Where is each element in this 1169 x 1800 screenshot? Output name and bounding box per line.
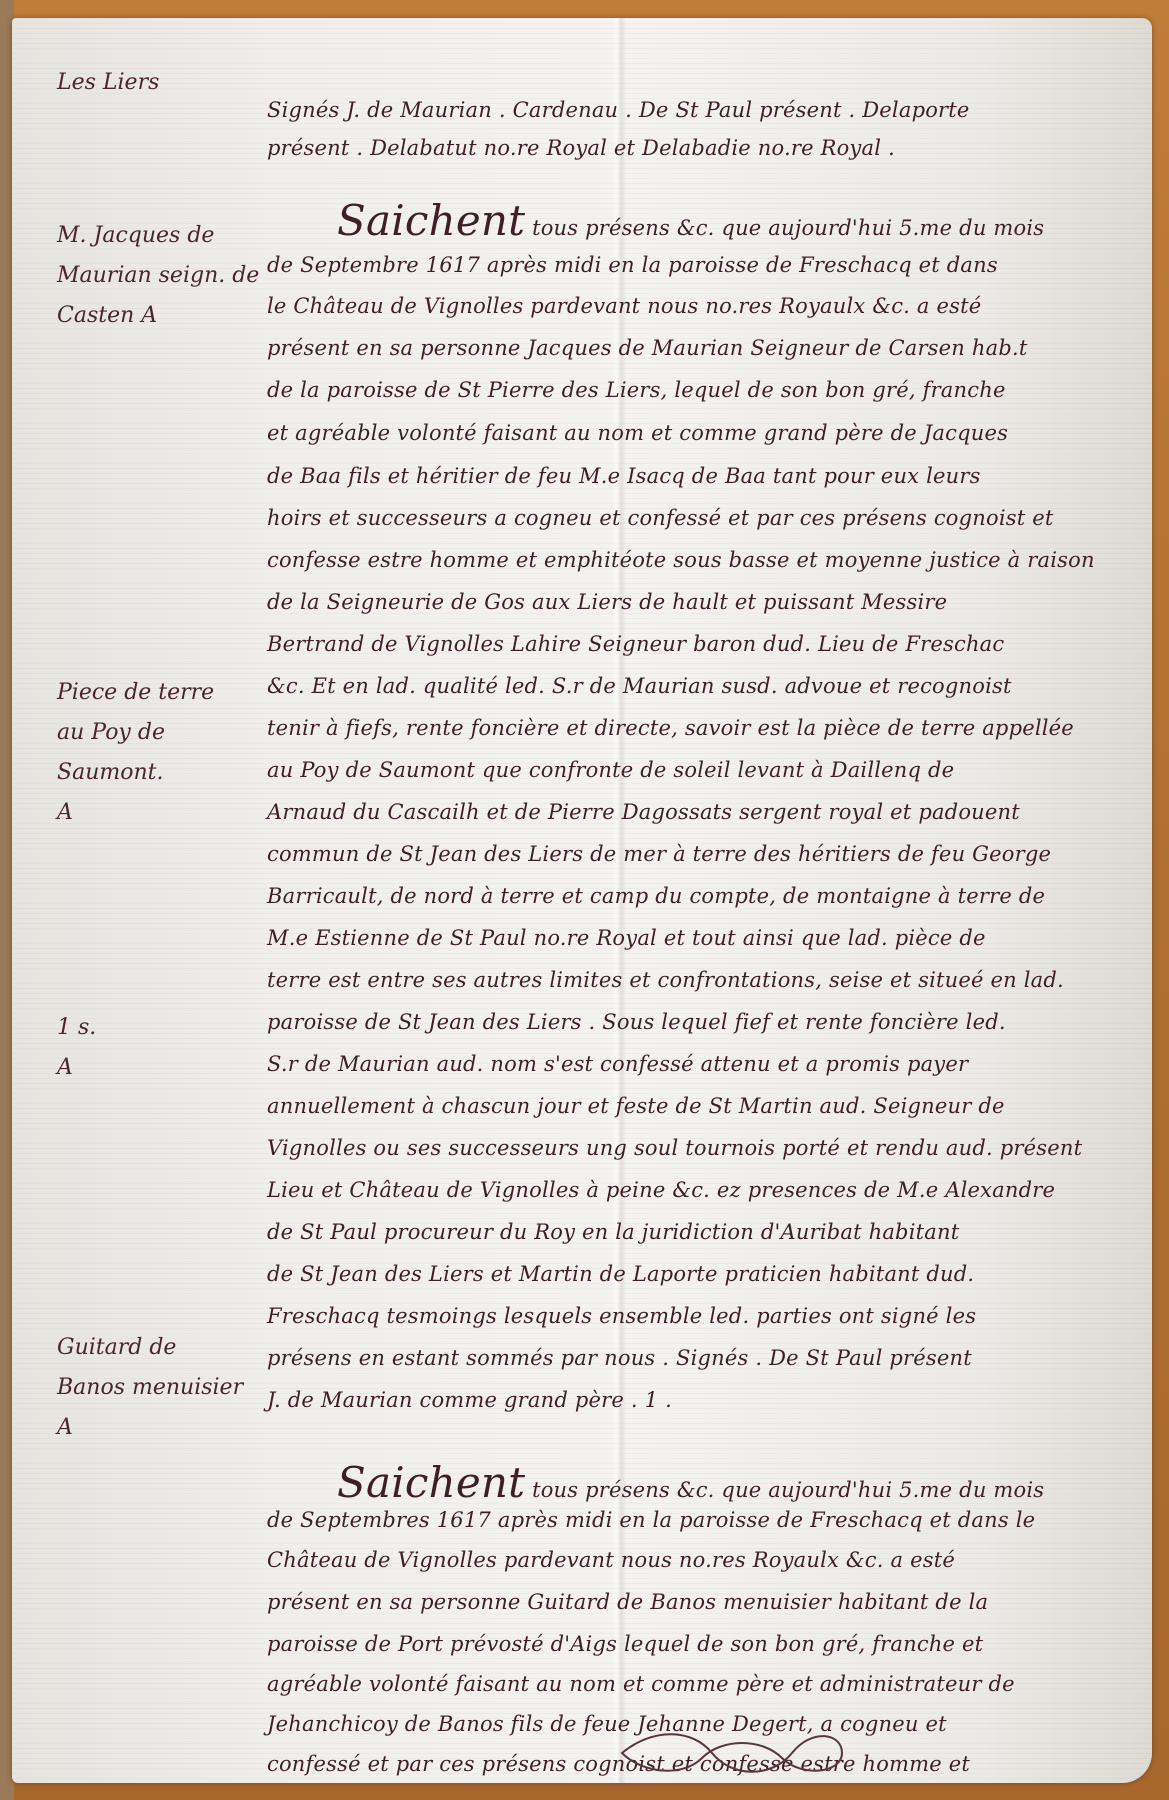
manuscript-line: et agréable volonté faisant au nom et co… [267,421,1008,445]
manuscript-page: Les Liers M. Jacques de Maurian seign. d… [12,18,1152,1783]
manuscript-line: Château de Vignolles pardevant nous no.r… [267,1548,955,1572]
manuscript-line: Barricault, de nord à terre et camp du c… [267,884,1045,908]
manuscript-line: présens en estant sommés par nous . Sign… [267,1346,972,1370]
manuscript-line: de Septembres 1617 après midi en la paro… [267,1508,1035,1532]
manuscript-line: Vignolles ou ses successeurs ung soul to… [267,1136,1082,1160]
margin-note: Guitard de Banos menuisier A [57,1328,243,1448]
manuscript-line: Arnaud du Cascailh et de Pierre Dagossat… [267,800,1020,824]
manuscript-line: Signés J. de Maurian . Cardenau . De St … [267,98,970,122]
manuscript-line: paroisse de Port prévosté d'Aigs lequel … [267,1632,983,1656]
manuscript-line: M.e Estienne de St Paul no.re Royal et t… [267,926,986,950]
manuscript-line: Freschacq tesmoings lesquels ensemble le… [267,1304,976,1328]
manuscript-line: annuellement à chascun jour et feste de … [267,1094,1005,1118]
margin-note: Piece de terre au Poy de Saumont. A [57,673,214,833]
margin-note: Les Liers [57,63,159,103]
manuscript-line: au Poy de Saumont que confronte de solei… [267,758,954,782]
manuscript-line: commun de St Jean des Liers de mer à ter… [267,842,1051,866]
manuscript-line: de la paroisse de St Pierre des Liers, l… [267,378,1006,402]
margin-note: 1 s. A [57,1008,96,1088]
manuscript-line: de St Paul procureur du Roy en la juridi… [267,1220,959,1244]
manuscript-line: confesse estre homme et emphitéote sous … [267,548,1095,572]
paragraph-opening-line: Saichent tous présens &c. que aujourd'hu… [337,1458,1044,1507]
manuscript-line: de la Seigneurie de Gos aux Liers de hau… [267,590,947,614]
manuscript-body: Signés J. de Maurian . Cardenau . De St … [267,18,1147,1783]
manuscript-line: présent . Delabatut no.re Royal et Delab… [267,136,895,160]
initial-letter: Saichent [337,196,525,245]
manuscript-line: terre est entre ses autres limites et co… [267,968,1064,992]
flourish-ornament [612,1723,852,1783]
manuscript-line: présent en sa personne Jacques de Mauria… [267,336,1028,360]
manuscript-line: Lieu et Château de Vignolles à peine &c.… [267,1178,1055,1202]
manuscript-line: de St Jean des Liers et Martin de Laport… [267,1262,974,1286]
paragraph-opening-line: Saichent tous présens &c. que aujourd'hu… [337,196,1044,245]
manuscript-line: de Baa fils et héritier de feu M.e Isacq… [267,464,981,488]
manuscript-line: paroisse de St Jean des Liers . Sous leq… [267,1010,1006,1034]
margin-note: M. Jacques de Maurian seign. de Casten A [57,216,259,336]
manuscript-line: agréable volonté faisant au nom et comme… [267,1672,1015,1696]
manuscript-line: hoirs et successeurs a cogneu et confess… [267,506,1054,530]
manuscript-line: Bertrand de Vignolles Lahire Seigneur ba… [267,632,1004,656]
manuscript-line: &c. Et en lad. qualité led. S.r de Mauri… [267,674,1012,698]
initial-letter: Saichent [337,1458,525,1507]
manuscript-line: tenir à fiefs, rente foncière et directe… [267,716,1074,740]
manuscript-line: S.r de Maurian aud. nom s'est confessé a… [267,1052,968,1076]
manuscript-line: J. de Maurian comme grand père . 1 . [267,1388,672,1412]
manuscript-line: de Septembre 1617 après midi en la paroi… [267,253,998,277]
margin-notes-column: Les Liers M. Jacques de Maurian seign. d… [57,18,277,1783]
manuscript-line: le Château de Vignolles pardevant nous n… [267,294,981,318]
manuscript-line: présent en sa personne Guitard de Banos … [267,1590,988,1614]
